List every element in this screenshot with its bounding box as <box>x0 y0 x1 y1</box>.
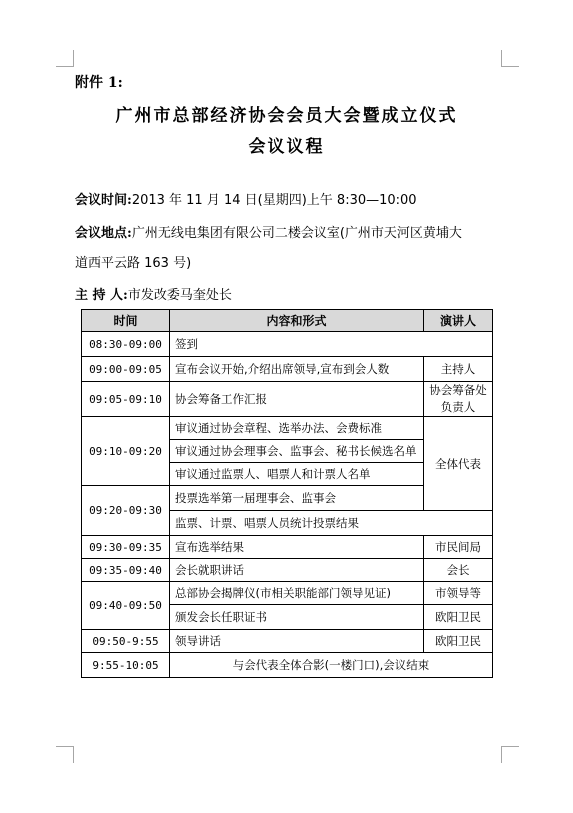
content-cell: 与会代表全体合影(一楼门口),会议结束 <box>170 653 493 678</box>
content-cell: 协会筹备工作汇报 <box>170 382 424 417</box>
content-cell: 宣布会议开始,介绍出席领导,宣布到会人数 <box>170 357 424 382</box>
table-header-row: 时间 内容和形式 演讲人 <box>82 310 493 332</box>
time-cell: 09:50-9:55 <box>82 630 170 653</box>
page-corner-mark-bottom-right <box>501 746 519 763</box>
time-cell: 09:00-09:05 <box>82 357 170 382</box>
table-row: 09:05-09:10 协会筹备工作汇报 协会筹备处负责人 <box>82 382 493 417</box>
meeting-time: 会议时间:2013 年 11 月 14 日(星期四)上午 8:30—10:00 <box>75 193 417 209</box>
meeting-time-label: 会议时间: <box>75 193 132 208</box>
speaker-cell: 市民间局 <box>424 536 493 559</box>
speaker-cell: 协会筹备处负责人 <box>424 382 493 417</box>
time-cell: 09:40-09:50 <box>82 582 170 630</box>
document-title: 广州市总部经济协会会员大会暨成立仪式 <box>0 101 573 126</box>
speaker-line-1: 协会筹备处 <box>429 383 487 397</box>
meeting-time-value: 2013 年 11 月 14 日(星期四)上午 8:30—10:00 <box>132 193 417 208</box>
table-row: 09:10-09:20 审议通过协会章程、选举办法、会费标准 全体代表 <box>82 417 493 440</box>
meeting-location-label: 会议地点: <box>75 226 132 241</box>
meeting-host: 主 持 人:市发改委马奎处长 <box>75 288 232 304</box>
time-cell: 09:20-09:30 <box>82 486 170 536</box>
table-row: 9:55-10:05 与会代表全体合影(一楼门口),会议结束 <box>82 653 493 678</box>
meeting-location: 会议地点:广州无线电集团有限公司二楼会议室(广州市天河区黄埔大 <box>75 226 462 242</box>
table-row: 09:50-9:55 领导讲话 欧阳卫民 <box>82 630 493 653</box>
column-header-time: 时间 <box>82 310 170 332</box>
content-cell: 审议通过监票人、唱票人和计票人名单 <box>170 463 424 486</box>
content-cell: 会长就职讲话 <box>170 559 424 582</box>
time-cell: 09:10-09:20 <box>82 417 170 486</box>
agenda-table: 时间 内容和形式 演讲人 08:30-09:00 签到 09:00-09:05 … <box>81 309 493 678</box>
content-cell: 总部协会揭牌仪(市相关职能部门领导见证) <box>170 582 424 605</box>
time-cell: 09:05-09:10 <box>82 382 170 417</box>
time-cell: 9:55-10:05 <box>82 653 170 678</box>
meeting-location-value: 广州无线电集团有限公司二楼会议室(广州市天河区黄埔大 <box>132 226 462 241</box>
time-cell: 09:30-09:35 <box>82 536 170 559</box>
document-subtitle: 会议议程 <box>0 132 573 157</box>
speaker-cell: 市领导等 <box>424 582 493 605</box>
speaker-cell: 欧阳卫民 <box>424 605 493 630</box>
content-cell: 宣布选举结果 <box>170 536 424 559</box>
time-cell: 08:30-09:00 <box>82 332 170 357</box>
column-header-content: 内容和形式 <box>170 310 424 332</box>
speaker-cell: 全体代表 <box>424 417 493 511</box>
content-cell: 监票、计票、唱票人员统计投票结果 <box>170 511 493 536</box>
table-row: 09:00-09:05 宣布会议开始,介绍出席领导,宣布到会人数 主持人 <box>82 357 493 382</box>
time-cell: 09:35-09:40 <box>82 559 170 582</box>
content-cell: 审议通过协会章程、选举办法、会费标准 <box>170 417 424 440</box>
meeting-host-label: 主 持 人: <box>75 288 128 303</box>
content-cell: 投票选举第一届理事会、监事会 <box>170 486 424 511</box>
speaker-cell: 欧阳卫民 <box>424 630 493 653</box>
content-cell: 颁发会长任职证书 <box>170 605 424 630</box>
page-corner-mark-top-right <box>501 50 519 67</box>
table-row: 09:30-09:35 宣布选举结果 市民间局 <box>82 536 493 559</box>
speaker-cell: 主持人 <box>424 357 493 382</box>
attachment-label: 附件 1: <box>75 72 123 92</box>
meeting-host-value: 市发改委马奎处长 <box>128 288 232 303</box>
page-corner-mark-bottom-left <box>56 746 74 763</box>
table-row: 09:35-09:40 会长就职讲话 会长 <box>82 559 493 582</box>
speaker-cell: 会长 <box>424 559 493 582</box>
table-row: 09:40-09:50 总部协会揭牌仪(市相关职能部门领导见证) 市领导等 <box>82 582 493 605</box>
meeting-location-continued: 道西平云路 163 号) <box>75 256 191 272</box>
content-cell: 领导讲话 <box>170 630 424 653</box>
content-cell: 签到 <box>170 332 493 357</box>
page-corner-mark-top-left <box>56 50 74 67</box>
speaker-line-2: 负责人 <box>441 400 476 414</box>
table-row: 08:30-09:00 签到 <box>82 332 493 357</box>
content-cell: 审议通过协会理事会、监事会、秘书长候选名单 <box>170 440 424 463</box>
column-header-speaker: 演讲人 <box>424 310 493 332</box>
